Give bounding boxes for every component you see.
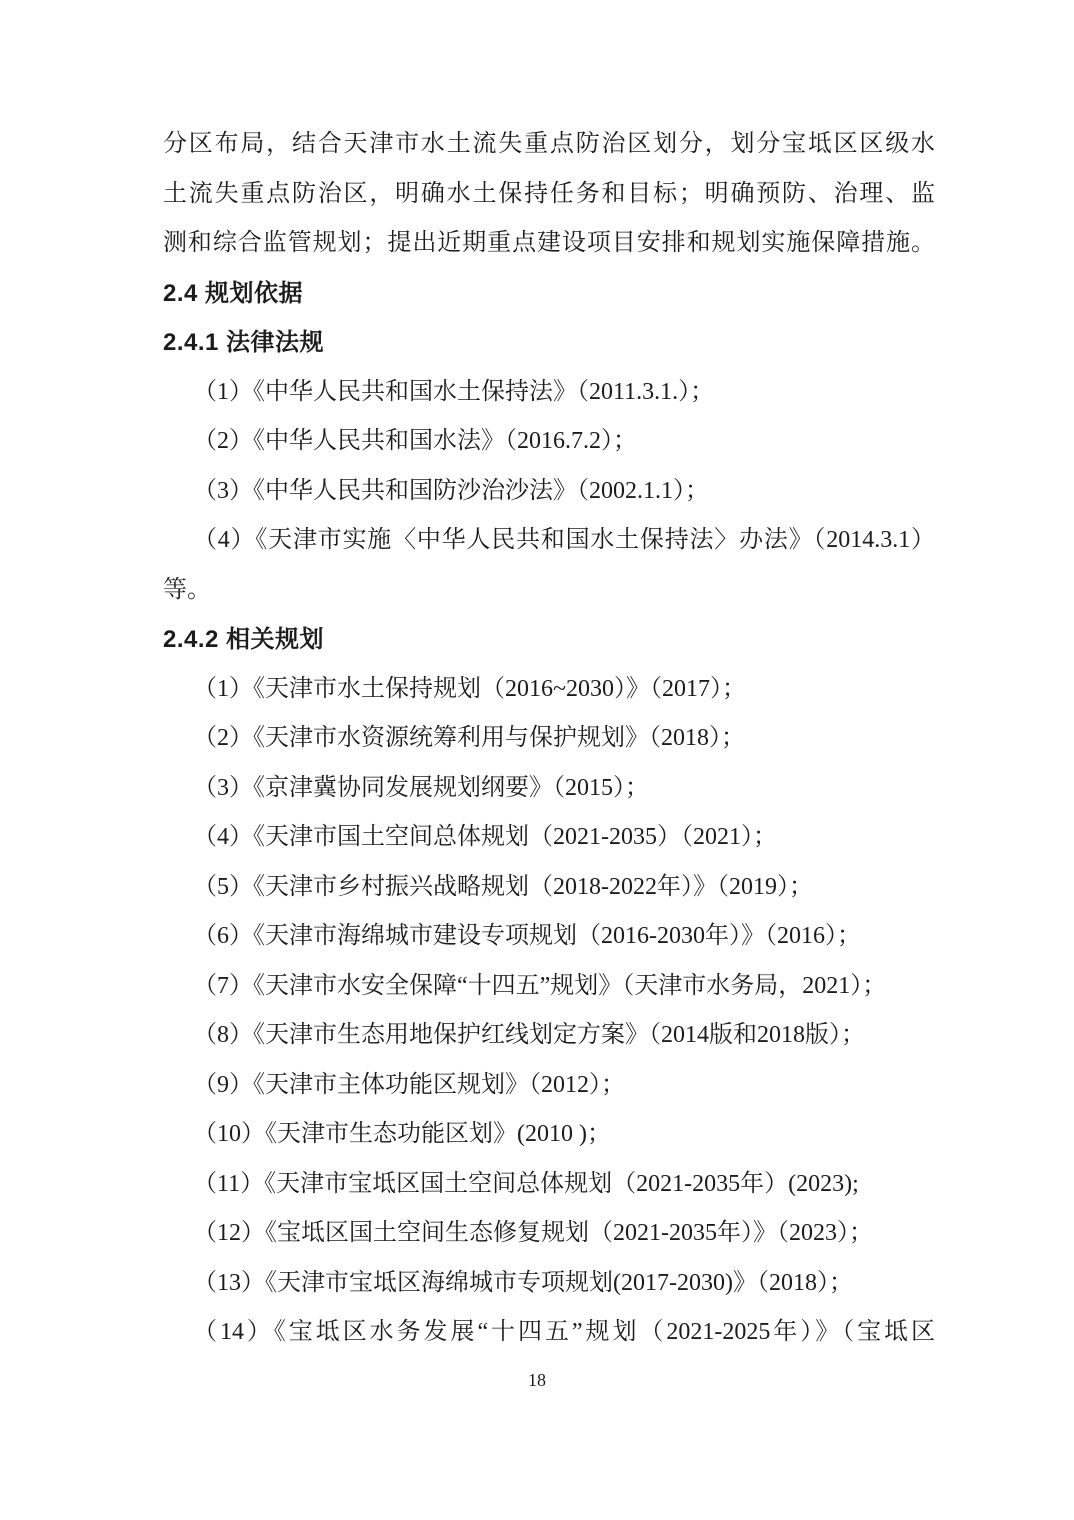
list-item: （4）《天津市实施〈中华人民共和国水土保持法〉办法》（2014.3.1） [163, 516, 935, 566]
list-item: （8）《天津市生态用地保护红线划定方案》（2014版和2018版）； [163, 1011, 935, 1061]
section-heading-2-4: 2.4 规划依据 [163, 269, 935, 319]
list-item: （1）《天津市水土保持规划（2016~2030）》（2017）； [163, 665, 935, 715]
list-item: （11）《天津市宝坻区国土空间总体规划（2021-2035年）(2023); [163, 1160, 935, 1210]
list-item: （9）《天津市主体功能区规划》（2012）； [163, 1061, 935, 1111]
list-item: （12）《宝坻区国土空间生态修复规划（2021-2035年）》（2023）； [163, 1209, 935, 1259]
list-item: （10）《天津市生态功能区划》(2010 )； [163, 1110, 935, 1160]
list-item: （7）《天津市水安全保障“十四五”规划》（天津市水务局，2021）； [163, 962, 935, 1012]
list-item: （14）《宝坻区水务发展“十四五”规划（2021-2025年）》（宝坻区 [163, 1308, 935, 1358]
list-item: （4）《天津市国土空间总体规划（2021-2035）（2021）； [163, 813, 935, 863]
list-item: （2）《中华人民共和国水法》（2016.7.2）； [163, 417, 935, 467]
related-items-list: （1）《天津市水土保持规划（2016~2030）》（2017）； （2）《天津市… [163, 665, 935, 1358]
list-item: （5）《天津市乡村振兴战略规划（2018-2022年）》（2019）； [163, 863, 935, 913]
list-item: （3）《京津冀协同发展规划纲要》（2015）； [163, 764, 935, 814]
legal-items-list: （1）《中华人民共和国水土保持法》（2011.3.1.）； （2）《中华人民共和… [163, 368, 935, 616]
list-item: （1）《中华人民共和国水土保持法》（2011.3.1.）； [163, 368, 935, 418]
list-item: （2）《天津市水资源统筹利用与保护规划》（2018）； [163, 714, 935, 764]
document-page: 分区布局，结合天津市水土流失重点防治区划分，划分宝坻区区级水 土流失重点防治区，… [0, 0, 1074, 1520]
list-item: （6）《天津市海绵城市建设专项规划（2016-2030年）》（2016）； [163, 912, 935, 962]
intro-line: 土流失重点防治区，明确水土保持任务和目标；明确预防、治理、监 [163, 170, 935, 220]
content-area: 分区布局，结合天津市水土流失重点防治区划分，划分宝坻区区级水 土流失重点防治区，… [163, 120, 935, 1358]
intro-line: 分区布局，结合天津市水土流失重点防治区划分，划分宝坻区区级水 [163, 120, 935, 170]
intro-paragraph: 分区布局，结合天津市水土流失重点防治区划分，划分宝坻区区级水 土流失重点防治区，… [163, 120, 935, 269]
list-item-continuation: 等。 [163, 566, 935, 616]
page-number: 18 [0, 1370, 1074, 1391]
list-item: （13）《天津市宝坻区海绵城市专项规划(2017-2030)》（2018）； [163, 1259, 935, 1309]
intro-line: 测和综合监管规划；提出近期重点建设项目安排和规划实施保障措施。 [163, 219, 935, 269]
list-item: （3）《中华人民共和国防沙治沙法》（2002.1.1）； [163, 467, 935, 517]
subsection-heading-2-4-2: 2.4.2 相关规划 [163, 615, 935, 665]
subsection-heading-2-4-1: 2.4.1 法律法规 [163, 318, 935, 368]
